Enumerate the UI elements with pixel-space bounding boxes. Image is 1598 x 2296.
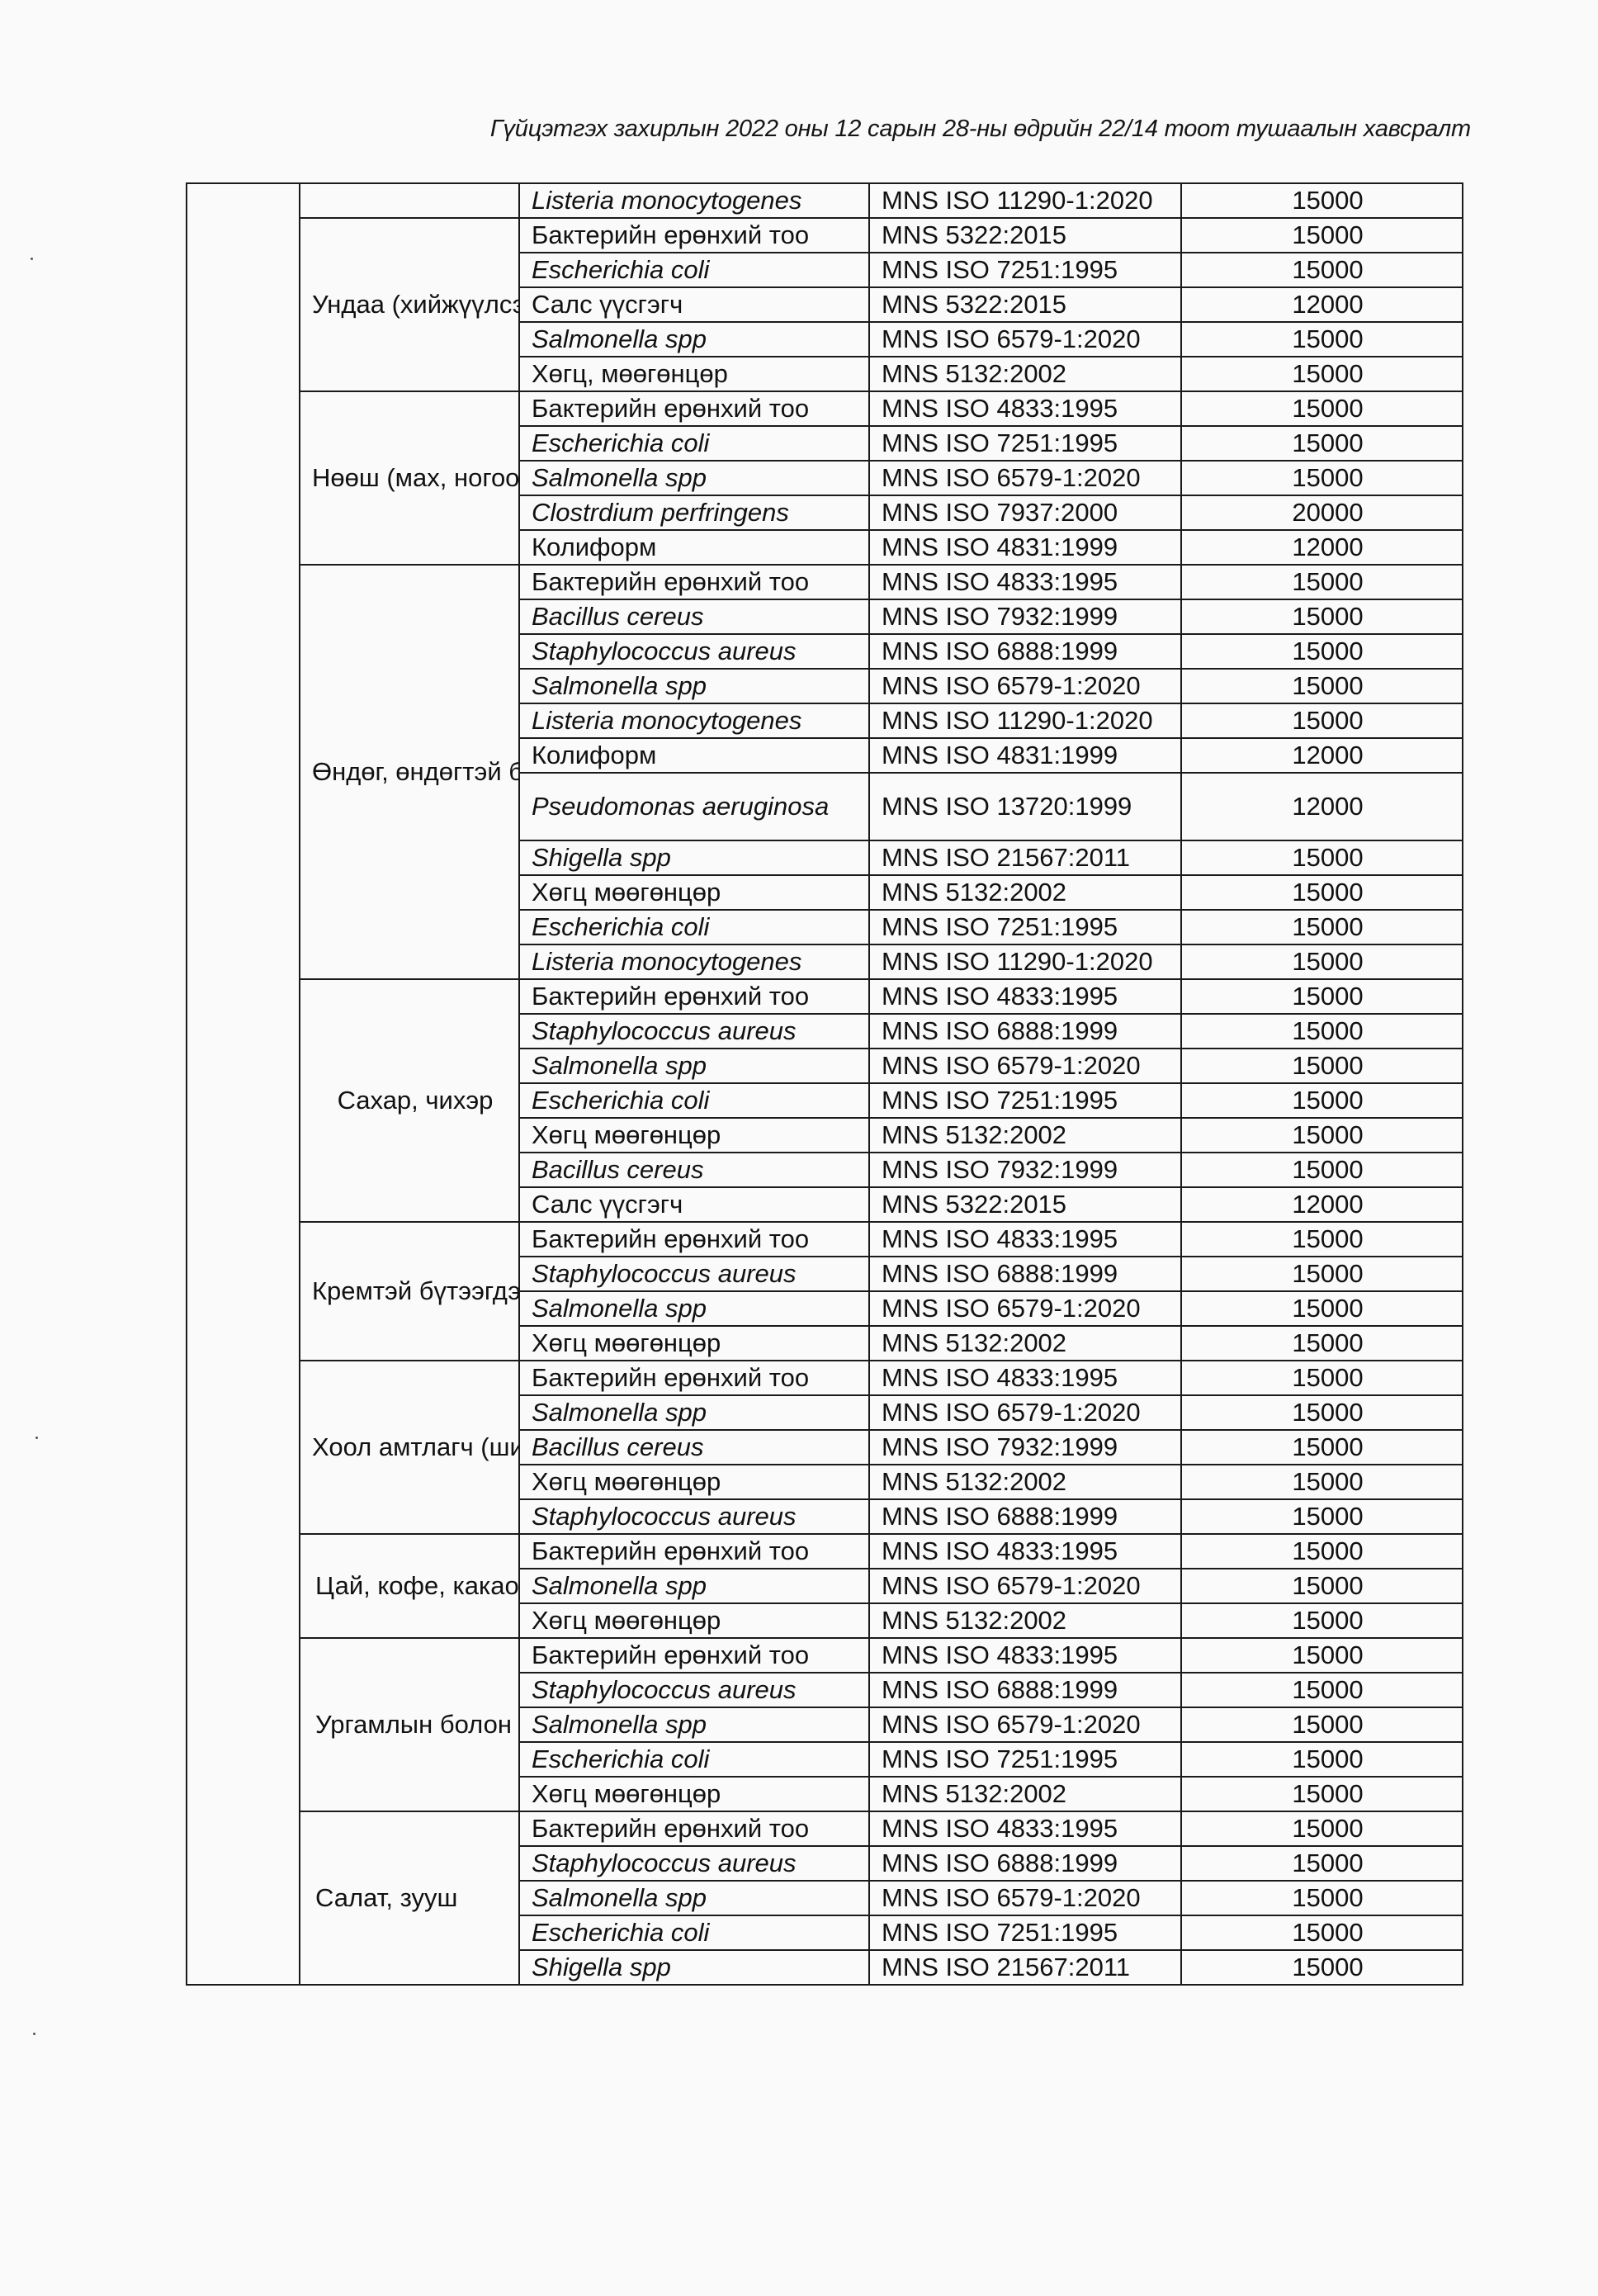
indicator-cell: Listeria monocytogenes (519, 703, 869, 738)
price-cell: 15000 (1181, 565, 1463, 599)
price-cell: 15000 (1181, 1153, 1463, 1187)
product-category-cell: Ундаа (хийжүүлсэн, хийжүүлээгүй) (300, 218, 519, 391)
price-cell: 15000 (1181, 1777, 1463, 1811)
indicator-cell: Хөгц, мөөгөнцөр (519, 357, 869, 391)
table-row: Нөөш (мах, ногоо, жимс)Бактерийн ерөнхий… (187, 391, 1463, 426)
price-cell: 12000 (1181, 738, 1463, 773)
price-cell: 15000 (1181, 1846, 1463, 1881)
standard-cell: MNS ISO 6579-1:2020 (869, 322, 1181, 357)
indicator-cell: Бактерийн ерөнхий тоо (519, 218, 869, 253)
product-category-cell: Ургамлын болон амьтны гаралтай тос (300, 1638, 519, 1811)
indicator-cell: Staphylococcus aureus (519, 1257, 869, 1291)
product-category-cell (300, 183, 519, 218)
indicator-cell: Staphylococcus aureus (519, 1014, 869, 1049)
price-cell: 12000 (1181, 773, 1463, 840)
standard-cell: MNS ISO 4833:1995 (869, 979, 1181, 1014)
price-cell: 20000 (1181, 495, 1463, 530)
price-cell: 15000 (1181, 253, 1463, 287)
indicator-cell: Pseudomonas aeruginosa (519, 773, 869, 840)
standard-cell: MNS 5132:2002 (869, 1465, 1181, 1499)
table-row: Сахар, чихэрБактерийн ерөнхий тооMNS ISO… (187, 979, 1463, 1014)
indicator-cell: Бактерийн ерөнхий тоо (519, 1811, 869, 1846)
standard-cell: MNS ISO 7932:1999 (869, 1153, 1181, 1187)
price-cell: 15000 (1181, 1950, 1463, 1985)
standard-cell: MNS ISO 6579-1:2020 (869, 1291, 1181, 1326)
standard-cell: MNS ISO 11290-1:2020 (869, 703, 1181, 738)
indicator-cell: Salmonella spp (519, 1049, 869, 1083)
table-row: Цай, кофе, какаоБактерийн ерөнхий тооMNS… (187, 1534, 1463, 1569)
table-row: Кремтэй бүтээгдэхүүнБактерийн ерөнхий то… (187, 1222, 1463, 1257)
standard-cell: MNS ISO 4833:1995 (869, 391, 1181, 426)
indicator-cell: Escherichia coli (519, 1083, 869, 1118)
indicator-cell: Бактерийн ерөнхий тоо (519, 391, 869, 426)
price-cell: 15000 (1181, 1499, 1463, 1534)
indicator-cell: Salmonella spp (519, 1707, 869, 1742)
standard-cell: MNS ISO 6888:1999 (869, 634, 1181, 669)
standard-cell: MNS 5322:2015 (869, 1187, 1181, 1222)
indicator-cell: Escherichia coli (519, 1742, 869, 1777)
product-category-cell: Цай, кофе, какао (300, 1534, 519, 1638)
standard-cell: MNS 5322:2015 (869, 218, 1181, 253)
standard-cell: MNS 5132:2002 (869, 1777, 1181, 1811)
standard-cell: MNS 5132:2002 (869, 1118, 1181, 1153)
product-category-cell: Кремтэй бүтээгдэхүүн (300, 1222, 519, 1361)
scan-speck (35, 1437, 38, 1439)
standard-cell: MNS ISO 6579-1:2020 (869, 1049, 1181, 1083)
price-cell: 15000 (1181, 1881, 1463, 1915)
standard-cell: MNS 5322:2015 (869, 287, 1181, 322)
indicator-cell: Бактерийн ерөнхий тоо (519, 1222, 869, 1257)
price-cell: 15000 (1181, 322, 1463, 357)
standard-cell: MNS ISO 7937:2000 (869, 495, 1181, 530)
price-cell: 15000 (1181, 1014, 1463, 1049)
table-body: Listeria monocytogenesMNS ISO 11290-1:20… (187, 183, 1463, 1985)
indicator-cell: Shigella spp (519, 840, 869, 875)
indicator-cell: Salmonella spp (519, 669, 869, 703)
indicator-cell: Bacillus cereus (519, 1153, 869, 1187)
price-cell: 15000 (1181, 1291, 1463, 1326)
indicator-cell: Колиформ (519, 530, 869, 565)
price-cell: 15000 (1181, 1915, 1463, 1950)
standard-cell: MNS ISO 4833:1995 (869, 1361, 1181, 1395)
price-cell: 15000 (1181, 1222, 1463, 1257)
standard-cell: MNS 5132:2002 (869, 1326, 1181, 1361)
price-cell: 12000 (1181, 1187, 1463, 1222)
price-cell: 15000 (1181, 669, 1463, 703)
indicator-cell: Хөгц мөөгөнцөр (519, 1465, 869, 1499)
price-cell: 15000 (1181, 1569, 1463, 1603)
indicator-cell: Clostrdium perfringens (519, 495, 869, 530)
price-cell: 15000 (1181, 979, 1463, 1014)
indicator-cell: Escherichia coli (519, 1915, 869, 1950)
price-cell: 15000 (1181, 1465, 1463, 1499)
section-column-cell (187, 183, 300, 1985)
standard-cell: MNS ISO 6579-1:2020 (869, 461, 1181, 495)
standard-cell: MNS ISO 6579-1:2020 (869, 1569, 1181, 1603)
standard-cell: MNS ISO 7251:1995 (869, 426, 1181, 461)
standard-cell: MNS ISO 6888:1999 (869, 1257, 1181, 1291)
price-cell: 15000 (1181, 703, 1463, 738)
product-category-cell: Хоол амтлагч (шингэн болон хуурай) (300, 1361, 519, 1534)
scan-speck (33, 2033, 35, 2035)
standard-cell: MNS ISO 7932:1999 (869, 1430, 1181, 1465)
price-cell: 15000 (1181, 1430, 1463, 1465)
indicator-cell: Бактерийн ерөнхий тоо (519, 565, 869, 599)
indicator-cell: Listeria monocytogenes (519, 183, 869, 218)
standard-cell: MNS ISO 6579-1:2020 (869, 1707, 1181, 1742)
price-cell: 15000 (1181, 875, 1463, 910)
price-cell: 15000 (1181, 1673, 1463, 1707)
price-cell: 15000 (1181, 1326, 1463, 1361)
standard-cell: MNS ISO 6579-1:2020 (869, 1395, 1181, 1430)
product-category-cell: Өндөг, өндөгтэй бүтээгдэхүүн (300, 565, 519, 979)
indicator-cell: Бактерийн ерөнхий тоо (519, 1638, 869, 1673)
indicator-cell: Salmonella spp (519, 461, 869, 495)
price-cell: 15000 (1181, 1534, 1463, 1569)
indicator-cell: Staphylococcus aureus (519, 1499, 869, 1534)
scan-speck (31, 258, 33, 260)
indicator-cell: Staphylococcus aureus (519, 634, 869, 669)
price-cell: 12000 (1181, 530, 1463, 565)
price-cell: 15000 (1181, 1742, 1463, 1777)
standard-cell: MNS ISO 6888:1999 (869, 1014, 1181, 1049)
indicator-cell: Хөгц мөөгөнцөр (519, 1777, 869, 1811)
indicator-cell: Escherichia coli (519, 253, 869, 287)
standard-cell: MNS ISO 4833:1995 (869, 1222, 1181, 1257)
standard-cell: MNS ISO 4833:1995 (869, 1638, 1181, 1673)
standard-cell: MNS ISO 7251:1995 (869, 1915, 1181, 1950)
standard-cell: MNS ISO 4833:1995 (869, 1534, 1181, 1569)
price-cell: 15000 (1181, 1811, 1463, 1846)
table-row: Ургамлын болон амьтны гаралтай тосБактер… (187, 1638, 1463, 1673)
indicator-cell: Хөгц мөөгөнцөр (519, 1326, 869, 1361)
standard-cell: MNS ISO 6579-1:2020 (869, 669, 1181, 703)
indicator-cell: Бактерийн ерөнхий тоо (519, 979, 869, 1014)
price-cell: 15000 (1181, 391, 1463, 426)
price-cell: 15000 (1181, 944, 1463, 979)
standard-cell: MNS ISO 11290-1:2020 (869, 183, 1181, 218)
standard-cell: MNS ISO 4833:1995 (869, 565, 1181, 599)
price-cell: 15000 (1181, 1049, 1463, 1083)
standard-cell: MNS ISO 6888:1999 (869, 1673, 1181, 1707)
price-cell: 12000 (1181, 287, 1463, 322)
standard-cell: MNS ISO 11290-1:2020 (869, 944, 1181, 979)
microbiology-test-price-table: Listeria monocytogenesMNS ISO 11290-1:20… (186, 182, 1463, 1986)
standard-cell: MNS 5132:2002 (869, 875, 1181, 910)
standard-cell: MNS 5132:2002 (869, 1603, 1181, 1638)
standard-cell: MNS ISO 7251:1995 (869, 910, 1181, 944)
standard-cell: MNS ISO 7932:1999 (869, 599, 1181, 634)
indicator-cell: Staphylococcus aureus (519, 1673, 869, 1707)
standard-cell: MNS ISO 6579-1:2020 (869, 1881, 1181, 1915)
indicator-cell: Хөгц мөөгөнцөр (519, 1603, 869, 1638)
standard-cell: MNS ISO 6888:1999 (869, 1846, 1181, 1881)
standard-cell: MNS ISO 7251:1995 (869, 1742, 1181, 1777)
indicator-cell: Хөгц мөөгөнцөр (519, 875, 869, 910)
price-cell: 15000 (1181, 1603, 1463, 1638)
price-cell: 15000 (1181, 461, 1463, 495)
standard-cell: MNS ISO 7251:1995 (869, 253, 1181, 287)
price-cell: 15000 (1181, 183, 1463, 218)
standard-cell: MNS ISO 13720:1999 (869, 773, 1181, 840)
indicator-cell: Бактерийн ерөнхий тоо (519, 1534, 869, 1569)
indicator-cell: Salmonella spp (519, 1291, 869, 1326)
standard-cell: MNS ISO 21567:2011 (869, 1950, 1181, 1985)
document-header: Гүйцэтгэх захирлын 2022 оны 12 сарын 28-… (490, 116, 1471, 143)
standard-cell: MNS ISO 4833:1995 (869, 1811, 1181, 1846)
indicator-cell: Escherichia coli (519, 910, 869, 944)
indicator-cell: Колиформ (519, 738, 869, 773)
price-cell: 15000 (1181, 599, 1463, 634)
indicator-cell: Bacillus cereus (519, 599, 869, 634)
price-cell: 15000 (1181, 1707, 1463, 1742)
price-cell: 15000 (1181, 1083, 1463, 1118)
indicator-cell: Salmonella spp (519, 322, 869, 357)
product-category-cell: Сахар, чихэр (300, 979, 519, 1222)
indicator-cell: Салс үүсгэгч (519, 287, 869, 322)
product-category-cell: Салат, зууш (300, 1811, 519, 1985)
price-cell: 15000 (1181, 426, 1463, 461)
product-category-cell: Нөөш (мах, ногоо, жимс) (300, 391, 519, 565)
price-cell: 15000 (1181, 1361, 1463, 1395)
indicator-cell: Salmonella spp (519, 1395, 869, 1430)
indicator-cell: Shigella spp (519, 1950, 869, 1985)
indicator-cell: Bacillus cereus (519, 1430, 869, 1465)
price-cell: 15000 (1181, 1257, 1463, 1291)
table-row: Хоол амтлагч (шингэн болон хуурай)Бактер… (187, 1361, 1463, 1395)
indicator-cell: Salmonella spp (519, 1881, 869, 1915)
price-cell: 15000 (1181, 1638, 1463, 1673)
table-row: Өндөг, өндөгтэй бүтээгдэхүүнБактерийн ер… (187, 565, 1463, 599)
table-row: Салат, зуушБактерийн ерөнхий тооMNS ISO … (187, 1811, 1463, 1846)
price-cell: 15000 (1181, 634, 1463, 669)
indicator-cell: Бактерийн ерөнхий тоо (519, 1361, 869, 1395)
standard-cell: MNS ISO 4831:1999 (869, 530, 1181, 565)
price-cell: 15000 (1181, 1395, 1463, 1430)
price-cell: 15000 (1181, 910, 1463, 944)
indicator-cell: Escherichia coli (519, 426, 869, 461)
table-row: Listeria monocytogenesMNS ISO 11290-1:20… (187, 183, 1463, 218)
standard-cell: MNS ISO 4831:1999 (869, 738, 1181, 773)
standard-cell: MNS 5132:2002 (869, 357, 1181, 391)
price-cell: 15000 (1181, 840, 1463, 875)
standard-cell: MNS ISO 6888:1999 (869, 1499, 1181, 1534)
price-cell: 15000 (1181, 218, 1463, 253)
table-row: Ундаа (хийжүүлсэн, хийжүүлээгүй)Бактерий… (187, 218, 1463, 253)
indicator-cell: Salmonella spp (519, 1569, 869, 1603)
standard-cell: MNS ISO 21567:2011 (869, 840, 1181, 875)
standard-cell: MNS ISO 7251:1995 (869, 1083, 1181, 1118)
indicator-cell: Staphylococcus aureus (519, 1846, 869, 1881)
indicator-cell: Listeria monocytogenes (519, 944, 869, 979)
price-cell: 15000 (1181, 357, 1463, 391)
price-cell: 15000 (1181, 1118, 1463, 1153)
indicator-cell: Хөгц мөөгөнцөр (519, 1118, 869, 1153)
indicator-cell: Салс үүсгэгч (519, 1187, 869, 1222)
